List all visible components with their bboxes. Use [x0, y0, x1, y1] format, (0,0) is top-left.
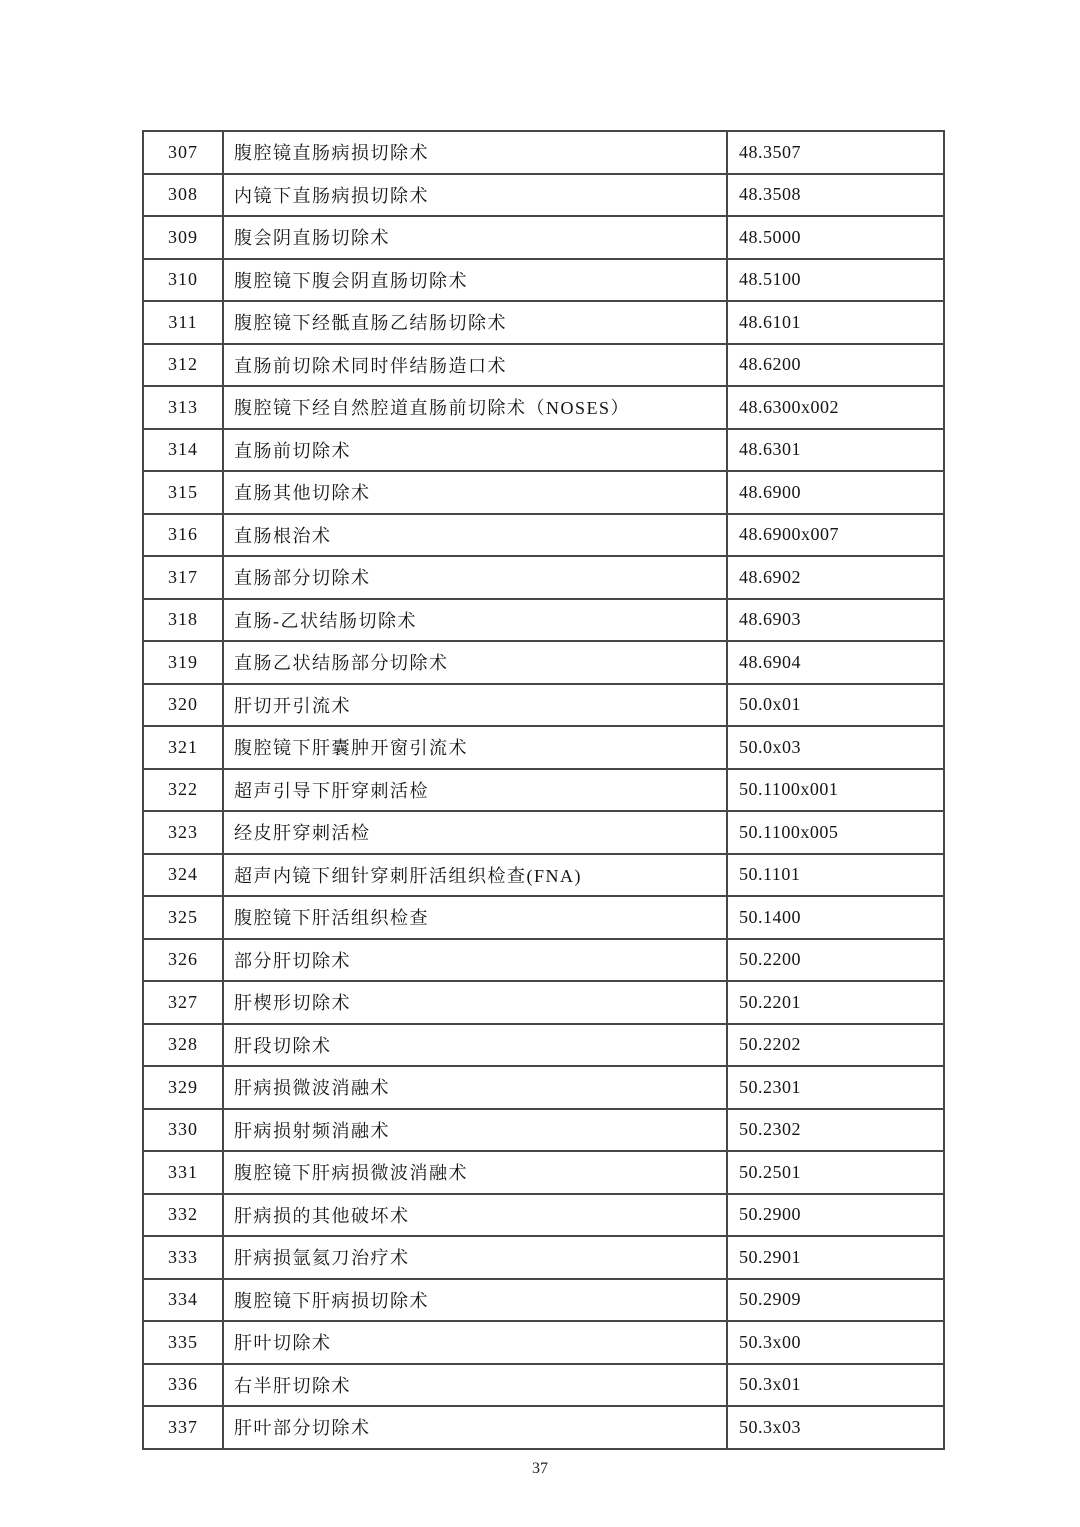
table-row: 335 肝叶切除术 50.3x00 [143, 1321, 944, 1364]
table-row: 327 肝楔形切除术 50.2201 [143, 981, 944, 1024]
procedure-code-cell: 48.6200 [727, 344, 944, 387]
procedure-name-cell: 腹腔镜下腹会阴直肠切除术 [223, 259, 727, 302]
table-row: 315 直肠其他切除术 48.6900 [143, 471, 944, 514]
row-index-cell: 326 [143, 939, 223, 982]
table-row: 328 肝段切除术 50.2202 [143, 1024, 944, 1067]
procedure-name-cell: 肝叶部分切除术 [223, 1406, 727, 1449]
procedure-code-cell: 48.6900x007 [727, 514, 944, 557]
row-index-cell: 312 [143, 344, 223, 387]
procedure-code-cell: 50.1400 [727, 896, 944, 939]
procedure-name-cell: 腹腔镜下经自然腔道直肠前切除术（NOSES） [223, 386, 727, 429]
procedure-code-table: 307 腹腔镜直肠病损切除术 48.3507 308 内镜下直肠病损切除术 48… [142, 130, 945, 1450]
procedure-name-cell: 肝病损射频消融术 [223, 1109, 727, 1152]
row-index-cell: 334 [143, 1279, 223, 1322]
procedure-name-cell: 肝病损的其他破坏术 [223, 1194, 727, 1237]
procedure-code-cell: 50.2200 [727, 939, 944, 982]
procedure-name-cell: 直肠前切除术 [223, 429, 727, 472]
procedure-name-cell: 腹腔镜下肝活组织检查 [223, 896, 727, 939]
table-row: 319 直肠乙状结肠部分切除术 48.6904 [143, 641, 944, 684]
table-row: 331 腹腔镜下肝病损微波消融术 50.2501 [143, 1151, 944, 1194]
table-row: 320 肝切开引流术 50.0x01 [143, 684, 944, 727]
row-index-cell: 307 [143, 131, 223, 174]
row-index-cell: 330 [143, 1109, 223, 1152]
procedure-code-cell: 50.3x01 [727, 1364, 944, 1407]
row-index-cell: 314 [143, 429, 223, 472]
table-row: 313 腹腔镜下经自然腔道直肠前切除术（NOSES） 48.6300x002 [143, 386, 944, 429]
procedure-name-cell: 腹会阴直肠切除术 [223, 216, 727, 259]
procedure-name-cell: 肝切开引流术 [223, 684, 727, 727]
document-page: 307 腹腔镜直肠病损切除术 48.3507 308 内镜下直肠病损切除术 48… [0, 0, 1080, 1527]
procedure-name-cell: 右半肝切除术 [223, 1364, 727, 1407]
procedure-name-cell: 肝段切除术 [223, 1024, 727, 1067]
procedure-code-cell: 50.1101 [727, 854, 944, 897]
procedure-code-cell: 48.6301 [727, 429, 944, 472]
row-index-cell: 329 [143, 1066, 223, 1109]
row-index-cell: 327 [143, 981, 223, 1024]
procedure-name-cell: 直肠其他切除术 [223, 471, 727, 514]
row-index-cell: 313 [143, 386, 223, 429]
procedure-code-cell: 50.1100x005 [727, 811, 944, 854]
procedure-code-cell: 50.2909 [727, 1279, 944, 1322]
procedure-code-cell: 50.2900 [727, 1194, 944, 1237]
procedure-code-cell: 50.2901 [727, 1236, 944, 1279]
procedure-code-cell: 50.2201 [727, 981, 944, 1024]
procedure-code-cell: 50.1100x001 [727, 769, 944, 812]
table-row: 337 肝叶部分切除术 50.3x03 [143, 1406, 944, 1449]
page-number: 37 [0, 1460, 1080, 1478]
row-index-cell: 320 [143, 684, 223, 727]
procedure-name-cell: 肝病损微波消融术 [223, 1066, 727, 1109]
row-index-cell: 333 [143, 1236, 223, 1279]
row-index-cell: 318 [143, 599, 223, 642]
procedure-name-cell: 直肠乙状结肠部分切除术 [223, 641, 727, 684]
procedure-code-cell: 48.6101 [727, 301, 944, 344]
procedure-code-cell: 50.3x00 [727, 1321, 944, 1364]
procedure-code-cell: 48.6902 [727, 556, 944, 599]
table-row: 312 直肠前切除术同时伴结肠造口术 48.6200 [143, 344, 944, 387]
row-index-cell: 336 [143, 1364, 223, 1407]
procedure-name-cell: 腹腔镜下肝病损微波消融术 [223, 1151, 727, 1194]
table-row: 316 直肠根治术 48.6900x007 [143, 514, 944, 557]
row-index-cell: 337 [143, 1406, 223, 1449]
table-row: 324 超声内镜下细针穿刺肝活组织检查(FNA) 50.1101 [143, 854, 944, 897]
table-row: 310 腹腔镜下腹会阴直肠切除术 48.5100 [143, 259, 944, 302]
procedure-code-cell: 48.6900 [727, 471, 944, 514]
row-index-cell: 323 [143, 811, 223, 854]
procedure-code-cell: 48.5100 [727, 259, 944, 302]
procedure-name-cell: 肝病损氩氦刀治疗术 [223, 1236, 727, 1279]
row-index-cell: 331 [143, 1151, 223, 1194]
procedure-code-cell: 48.6903 [727, 599, 944, 642]
procedure-name-cell: 直肠部分切除术 [223, 556, 727, 599]
procedure-name-cell: 内镜下直肠病损切除术 [223, 174, 727, 217]
table-row: 334 腹腔镜下肝病损切除术 50.2909 [143, 1279, 944, 1322]
table-row: 336 右半肝切除术 50.3x01 [143, 1364, 944, 1407]
procedure-code-cell: 48.6300x002 [727, 386, 944, 429]
procedure-code-cell: 48.5000 [727, 216, 944, 259]
procedure-code-cell: 50.2302 [727, 1109, 944, 1152]
procedure-name-cell: 超声内镜下细针穿刺肝活组织检查(FNA) [223, 854, 727, 897]
procedure-code-cell: 48.3507 [727, 131, 944, 174]
procedure-name-cell: 腹腔镜下肝囊肿开窗引流术 [223, 726, 727, 769]
row-index-cell: 328 [143, 1024, 223, 1067]
procedure-name-cell: 直肠-乙状结肠切除术 [223, 599, 727, 642]
table-row: 309 腹会阴直肠切除术 48.5000 [143, 216, 944, 259]
procedure-name-cell: 肝叶切除术 [223, 1321, 727, 1364]
procedure-name-cell: 超声引导下肝穿刺活检 [223, 769, 727, 812]
procedure-name-cell: 直肠根治术 [223, 514, 727, 557]
procedure-code-cell: 48.3508 [727, 174, 944, 217]
table-row: 317 直肠部分切除术 48.6902 [143, 556, 944, 599]
row-index-cell: 317 [143, 556, 223, 599]
table-row: 325 腹腔镜下肝活组织检查 50.1400 [143, 896, 944, 939]
row-index-cell: 332 [143, 1194, 223, 1237]
row-index-cell: 311 [143, 301, 223, 344]
procedure-code-cell: 48.6904 [727, 641, 944, 684]
procedure-name-cell: 肝楔形切除术 [223, 981, 727, 1024]
table-row: 318 直肠-乙状结肠切除术 48.6903 [143, 599, 944, 642]
procedure-name-cell: 直肠前切除术同时伴结肠造口术 [223, 344, 727, 387]
table-body: 307 腹腔镜直肠病损切除术 48.3507 308 内镜下直肠病损切除术 48… [143, 131, 944, 1449]
row-index-cell: 308 [143, 174, 223, 217]
procedure-name-cell: 经皮肝穿刺活检 [223, 811, 727, 854]
procedure-code-cell: 50.2501 [727, 1151, 944, 1194]
row-index-cell: 335 [143, 1321, 223, 1364]
row-index-cell: 309 [143, 216, 223, 259]
procedure-name-cell: 腹腔镜直肠病损切除术 [223, 131, 727, 174]
table-row: 314 直肠前切除术 48.6301 [143, 429, 944, 472]
procedure-code-cell: 50.0x03 [727, 726, 944, 769]
table-row: 308 内镜下直肠病损切除术 48.3508 [143, 174, 944, 217]
table-row: 311 腹腔镜下经骶直肠乙结肠切除术 48.6101 [143, 301, 944, 344]
procedure-code-cell: 50.0x01 [727, 684, 944, 727]
row-index-cell: 322 [143, 769, 223, 812]
table-row: 321 腹腔镜下肝囊肿开窗引流术 50.0x03 [143, 726, 944, 769]
row-index-cell: 321 [143, 726, 223, 769]
table-row: 307 腹腔镜直肠病损切除术 48.3507 [143, 131, 944, 174]
table-row: 322 超声引导下肝穿刺活检 50.1100x001 [143, 769, 944, 812]
row-index-cell: 324 [143, 854, 223, 897]
procedure-name-cell: 部分肝切除术 [223, 939, 727, 982]
table-row: 326 部分肝切除术 50.2200 [143, 939, 944, 982]
row-index-cell: 319 [143, 641, 223, 684]
row-index-cell: 315 [143, 471, 223, 514]
table-row: 333 肝病损氩氦刀治疗术 50.2901 [143, 1236, 944, 1279]
table-row: 330 肝病损射频消融术 50.2302 [143, 1109, 944, 1152]
procedure-code-cell: 50.3x03 [727, 1406, 944, 1449]
row-index-cell: 316 [143, 514, 223, 557]
table-row: 323 经皮肝穿刺活检 50.1100x005 [143, 811, 944, 854]
row-index-cell: 310 [143, 259, 223, 302]
table-row: 329 肝病损微波消融术 50.2301 [143, 1066, 944, 1109]
procedure-code-cell: 50.2202 [727, 1024, 944, 1067]
procedure-name-cell: 腹腔镜下肝病损切除术 [223, 1279, 727, 1322]
row-index-cell: 325 [143, 896, 223, 939]
table-row: 332 肝病损的其他破坏术 50.2900 [143, 1194, 944, 1237]
procedure-name-cell: 腹腔镜下经骶直肠乙结肠切除术 [223, 301, 727, 344]
procedure-code-cell: 50.2301 [727, 1066, 944, 1109]
